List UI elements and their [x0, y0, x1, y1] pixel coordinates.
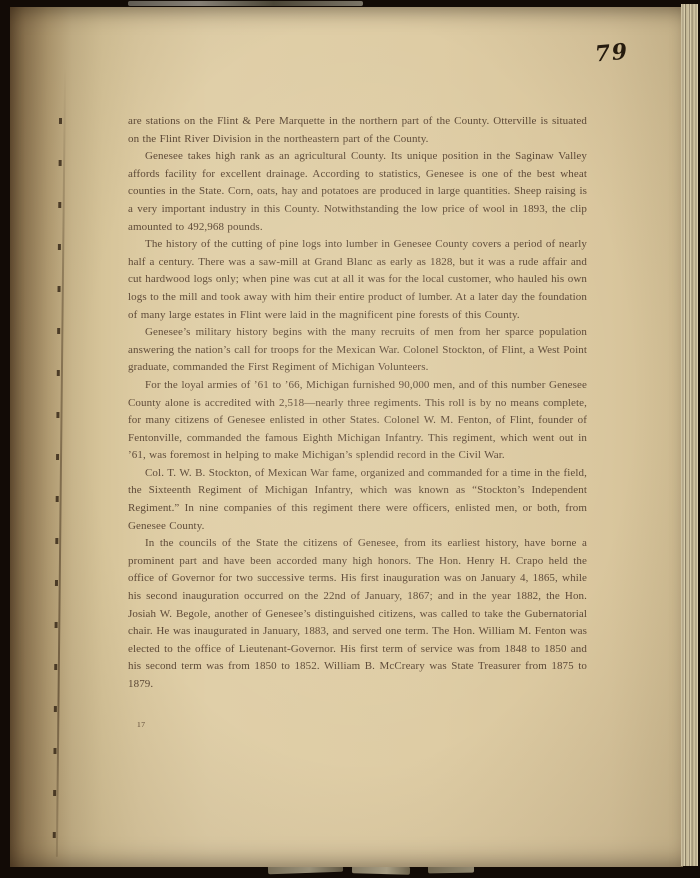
scanned-book-photo: 79 are stations on the Flint & Pere Marq…: [0, 0, 700, 878]
paragraph: are stations on the Flint & Pere Marquet…: [128, 113, 587, 148]
signature-mark: 17: [137, 720, 146, 729]
page-number: 79: [594, 39, 630, 68]
paper-scrap: [128, 1, 363, 6]
paragraph: Genesee takes high rank as an agricultur…: [128, 148, 587, 236]
page-edge-stack: [681, 4, 698, 866]
paragraph: Col. T. W. B. Stockton, of Mexican War f…: [128, 465, 587, 535]
paragraph: The history of the cutting of pine logs …: [128, 236, 587, 324]
paragraph: In the councils of the State the citizen…: [128, 535, 587, 693]
text-block: are stations on the Flint & Pere Marquet…: [128, 113, 587, 694]
book-page: 79 are stations on the Flint & Pere Marq…: [10, 7, 683, 867]
paragraph: Genesee’s military history begins with t…: [128, 324, 587, 377]
paragraph: For the loyal armies of ’61 to ’66, Mich…: [128, 377, 587, 465]
